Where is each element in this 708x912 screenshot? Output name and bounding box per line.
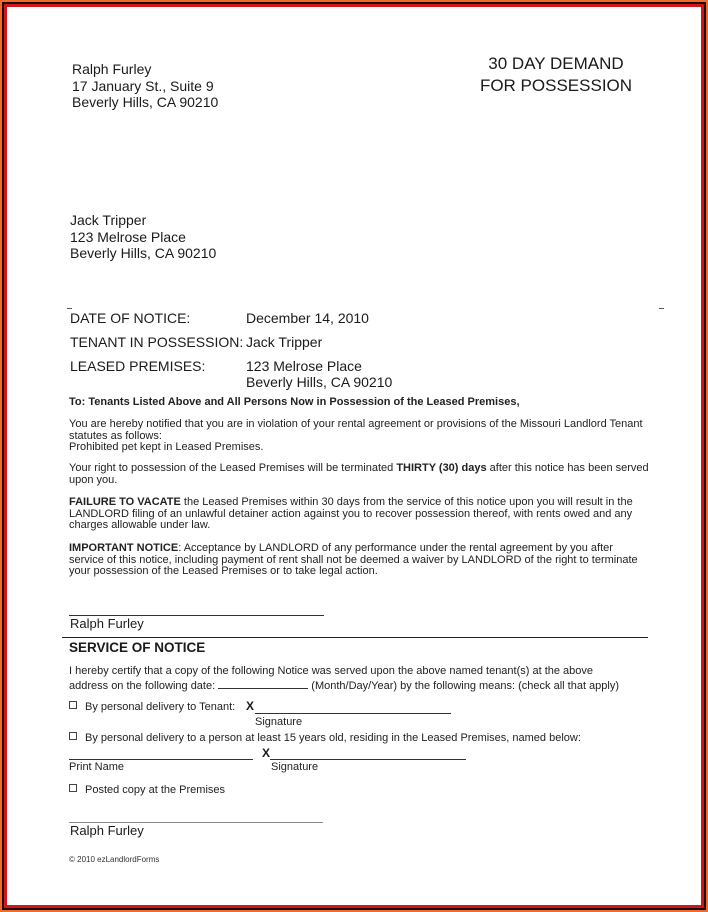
certify-line2-pre: address on the following date: xyxy=(69,680,218,692)
field-date: DATE OF NOTICE: December 14, 2010 xyxy=(70,310,392,326)
certify-line1: I hereby certify that a copy of the foll… xyxy=(69,664,619,679)
option-person-delivery: By personal delivery to a person at leas… xyxy=(69,732,581,744)
termination-pre: Your right to possession of the Leased P… xyxy=(69,462,396,474)
option2-label: By personal delivery to a person at leas… xyxy=(85,732,581,744)
failure-bold: FAILURE TO VACATE xyxy=(69,496,181,508)
document-title: 30 DAY DEMAND FOR POSSESSION xyxy=(471,53,641,97)
premises-label: LEASED PREMISES: xyxy=(70,358,246,390)
certify-line2: address on the following date: (Month/Da… xyxy=(69,679,619,694)
notice-fields: DATE OF NOTICE: December 14, 2010 TENANT… xyxy=(70,310,392,398)
tenant-value: Jack Tripper xyxy=(246,334,322,350)
checkbox-person-delivery[interactable] xyxy=(69,732,77,740)
premises-line2: Beverly Hills, CA 90210 xyxy=(246,374,392,390)
section-divider xyxy=(62,637,648,638)
checkbox-tenant-delivery[interactable] xyxy=(69,701,77,709)
option3-label: Posted copy at the Premises xyxy=(85,784,225,796)
field-premises: LEASED PREMISES: 123 Melrose Place Bever… xyxy=(70,358,392,390)
sender-name: Ralph Furley xyxy=(72,61,218,78)
option1-label: By personal delivery to Tenant: xyxy=(85,701,235,713)
title-line2: FOR POSSESSION xyxy=(471,75,641,97)
margin-mark-right xyxy=(659,308,664,309)
premises-value: 123 Melrose Place Beverly Hills, CA 9021… xyxy=(246,358,392,390)
option-tenant-delivery: By personal delivery to Tenant: xyxy=(69,701,235,713)
margin-mark-left xyxy=(67,308,72,309)
landlord-name: Ralph Furley xyxy=(70,616,144,631)
copyright: © 2010 ezLandlordForms xyxy=(69,855,159,864)
certify-paragraph: I hereby certify that a copy of the foll… xyxy=(69,664,619,694)
service-date-field[interactable] xyxy=(218,679,308,689)
option-posted-copy: Posted copy at the Premises xyxy=(69,784,225,796)
service-heading: SERVICE OF NOTICE xyxy=(69,640,205,655)
title-line1: 30 DAY DEMAND xyxy=(471,53,641,75)
premises-line1: 123 Melrose Place xyxy=(246,358,392,374)
checkbox-posted-copy[interactable] xyxy=(69,784,77,792)
violation-text: You are hereby notified that you are in … xyxy=(69,419,649,442)
termination-paragraph: Your right to possession of the Leased P… xyxy=(69,463,649,486)
recipient-address: Jack Tripper 123 Melrose Place Beverly H… xyxy=(70,212,216,262)
option1-x-mark: X xyxy=(246,699,254,713)
tenant-signature-line[interactable] xyxy=(255,713,451,714)
sender-address-line2: Beverly Hills, CA 90210 xyxy=(72,94,218,111)
person-signature-line[interactable] xyxy=(270,759,466,760)
option1-signature-label: Signature xyxy=(255,716,302,728)
option2-x-mark: X xyxy=(262,746,270,760)
certify-line2-post: (Month/Day/Year) by the following means:… xyxy=(308,680,619,692)
recipient-name: Jack Tripper xyxy=(70,212,216,229)
print-name-line[interactable] xyxy=(69,759,253,760)
document-page: Ralph Furley 17 January St., Suite 9 Bev… xyxy=(7,7,701,905)
field-tenant: TENANT IN POSSESSION: Jack Tripper xyxy=(70,334,392,350)
salutation: To: Tenants Listed Above and All Persons… xyxy=(69,397,649,409)
recipient-address-line1: 123 Melrose Place xyxy=(70,229,216,246)
option2-signature-label: Signature xyxy=(271,761,318,773)
important-paragraph: IMPORTANT NOTICE: Acceptance by LANDLORD… xyxy=(69,543,649,578)
recipient-address-line2: Beverly Hills, CA 90210 xyxy=(70,245,216,262)
failure-paragraph: FAILURE TO VACATE the Leased Premises wi… xyxy=(69,497,649,532)
violation-detail: Prohibited pet kept in Leased Premises. xyxy=(69,442,649,454)
sender-address-line1: 17 January St., Suite 9 xyxy=(72,78,218,95)
date-label: DATE OF NOTICE: xyxy=(70,310,246,326)
termination-bold: THIRTY (30) days xyxy=(396,462,486,474)
sender-address: Ralph Furley 17 January St., Suite 9 Bev… xyxy=(72,61,218,111)
date-value: December 14, 2010 xyxy=(246,310,369,326)
print-name-label: Print Name xyxy=(69,761,124,773)
tenant-label: TENANT IN POSSESSION: xyxy=(70,334,246,350)
violation-paragraph: You are hereby notified that you are in … xyxy=(69,419,649,454)
important-bold: IMPORTANT NOTICE xyxy=(69,542,178,554)
server-name: Ralph Furley xyxy=(70,823,144,838)
